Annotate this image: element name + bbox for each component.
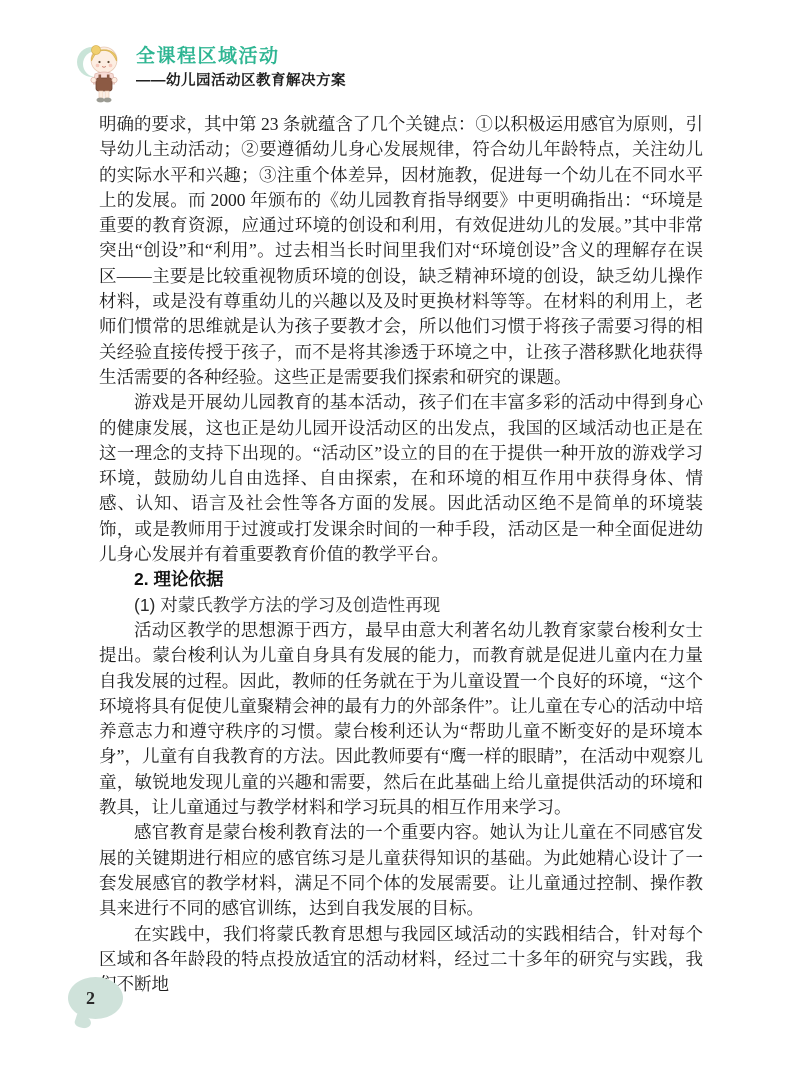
series-subtitle: ——幼儿园活动区教育解决方案 xyxy=(136,71,346,91)
body-paragraphs: 明确的要求，其中第 23 条就蕴含了几个关键点：①以积极运用感官为原则，引导幼儿… xyxy=(99,112,703,997)
paragraph: 明确的要求，其中第 23 条就蕴含了几个关键点：①以积极运用感官为原则，引导幼儿… xyxy=(99,112,703,390)
sub-section-heading: (1) 对蒙氏教学方法的学习及创造性再现 xyxy=(99,593,703,618)
page-header: 全课程区域活动 ——幼儿园活动区教育解决方案 xyxy=(76,38,346,106)
paragraph: 感官教育是蒙台梭利教育法的一个重要内容。她认为让儿童在不同感官发展的关键期进行相… xyxy=(99,820,703,921)
child-mascot-icon xyxy=(76,38,128,106)
paragraph: 游戏是开展幼儿园教育的基本活动，孩子们在丰富多彩的活动中得到身心的健康发展，这也… xyxy=(99,390,703,567)
paragraph: 活动区教学的思想源于西方，最早由意大利著名幼儿教育家蒙台梭利女士提出。蒙台梭利认… xyxy=(99,618,703,820)
book-page: { "header": { "logo": "child-mascot-icon… xyxy=(0,0,790,1065)
page-number-bubble: 2 xyxy=(68,977,123,1019)
section-heading: 2. 理论依据 xyxy=(99,567,703,592)
page-number: 2 xyxy=(68,988,95,1009)
paragraph: 在实践中，我们将蒙氏教育思想与我园区域活动的实践相结合，针对每个区域和各年龄段的… xyxy=(99,922,703,998)
series-title: 全课程区域活动 xyxy=(136,46,346,68)
header-text: 全课程区域活动 ——幼儿园活动区教育解决方案 xyxy=(136,38,346,91)
